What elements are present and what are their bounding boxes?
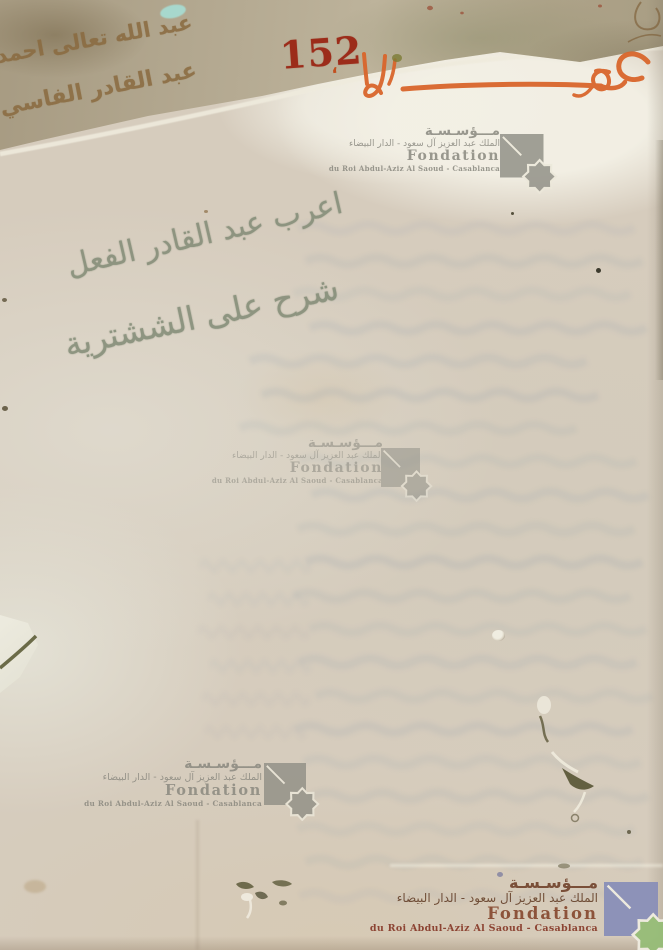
- paper-hole: [492, 630, 505, 641]
- foundation-logo-icon: [500, 134, 558, 194]
- speck: [2, 298, 7, 302]
- watermark-arabic-name: مـــؤسـسـة: [329, 124, 500, 139]
- orange-flourish-mark: [333, 42, 663, 112]
- pencil-inscription-line-2: شرح على الششترية: [27, 268, 342, 371]
- watermark-latin-name: Fondation: [212, 461, 383, 477]
- watermark-foundation-bottom-right: مـــؤسـسـة الملك عبد العزيز آل سعود - ال…: [330, 874, 663, 950]
- watermark-arabic-name: مـــؤسـسـة: [370, 874, 598, 892]
- watermark-foundation-bottom-left: مـــؤسـسـة الملك عبد العزيز آل سعود - ال…: [40, 757, 320, 829]
- speck: [627, 830, 631, 834]
- manuscript-page-scan: عبد الله تعالى احمد عبد القادر الفاسي و …: [0, 0, 663, 950]
- foundation-logo-icon: [381, 448, 433, 502]
- pencil-inscription-line-1: اعرب عبد القادر الفعل: [55, 186, 345, 285]
- speck: [2, 406, 8, 411]
- stain-spot: [24, 880, 46, 893]
- watermark-latin-subtitle: du Roi Abdul-Aziz Al Saoud - Casablanca: [84, 800, 262, 808]
- page-right-edge-dark: [655, 140, 663, 380]
- watermark-latin-subtitle: du Roi Abdul-Aziz Al Saoud - Casablanca: [329, 165, 500, 173]
- watermark-arabic-name: مـــؤسـسـة: [212, 436, 383, 451]
- horizontal-crease: [390, 864, 663, 867]
- watermark-latin-name: Fondation: [84, 783, 262, 799]
- speck: [596, 268, 601, 273]
- foundation-logo-icon: [604, 882, 663, 950]
- speck: [511, 212, 514, 215]
- watermark-latin-name: Fondation: [329, 149, 500, 165]
- watermark-latin-subtitle: du Roi Abdul-Aziz Al Saoud - Casablanca: [212, 477, 383, 485]
- watermark-latin-subtitle: du Roi Abdul-Aziz Al Saoud - Casablanca: [370, 924, 598, 935]
- foundation-logo-icon: [264, 763, 320, 821]
- watermark-arabic-subtitle: الملك عبد العزيز آل سعود - الدار البيضاء: [370, 892, 598, 905]
- watermark-foundation-top-right: مـــؤسـسـة الملك عبد العزيز آل سعود - ال…: [300, 124, 558, 194]
- watermark-latin-name: Fondation: [370, 905, 598, 923]
- vertical-crease: [196, 820, 199, 950]
- watermark-arabic-name: مـــؤسـسـة: [84, 757, 262, 773]
- watermark-foundation-middle: مـــؤسـسـة الملك عبد العزيز آل سعود - ال…: [175, 436, 437, 506]
- speck: [204, 210, 208, 213]
- torn-corner-flap: [0, 615, 42, 707]
